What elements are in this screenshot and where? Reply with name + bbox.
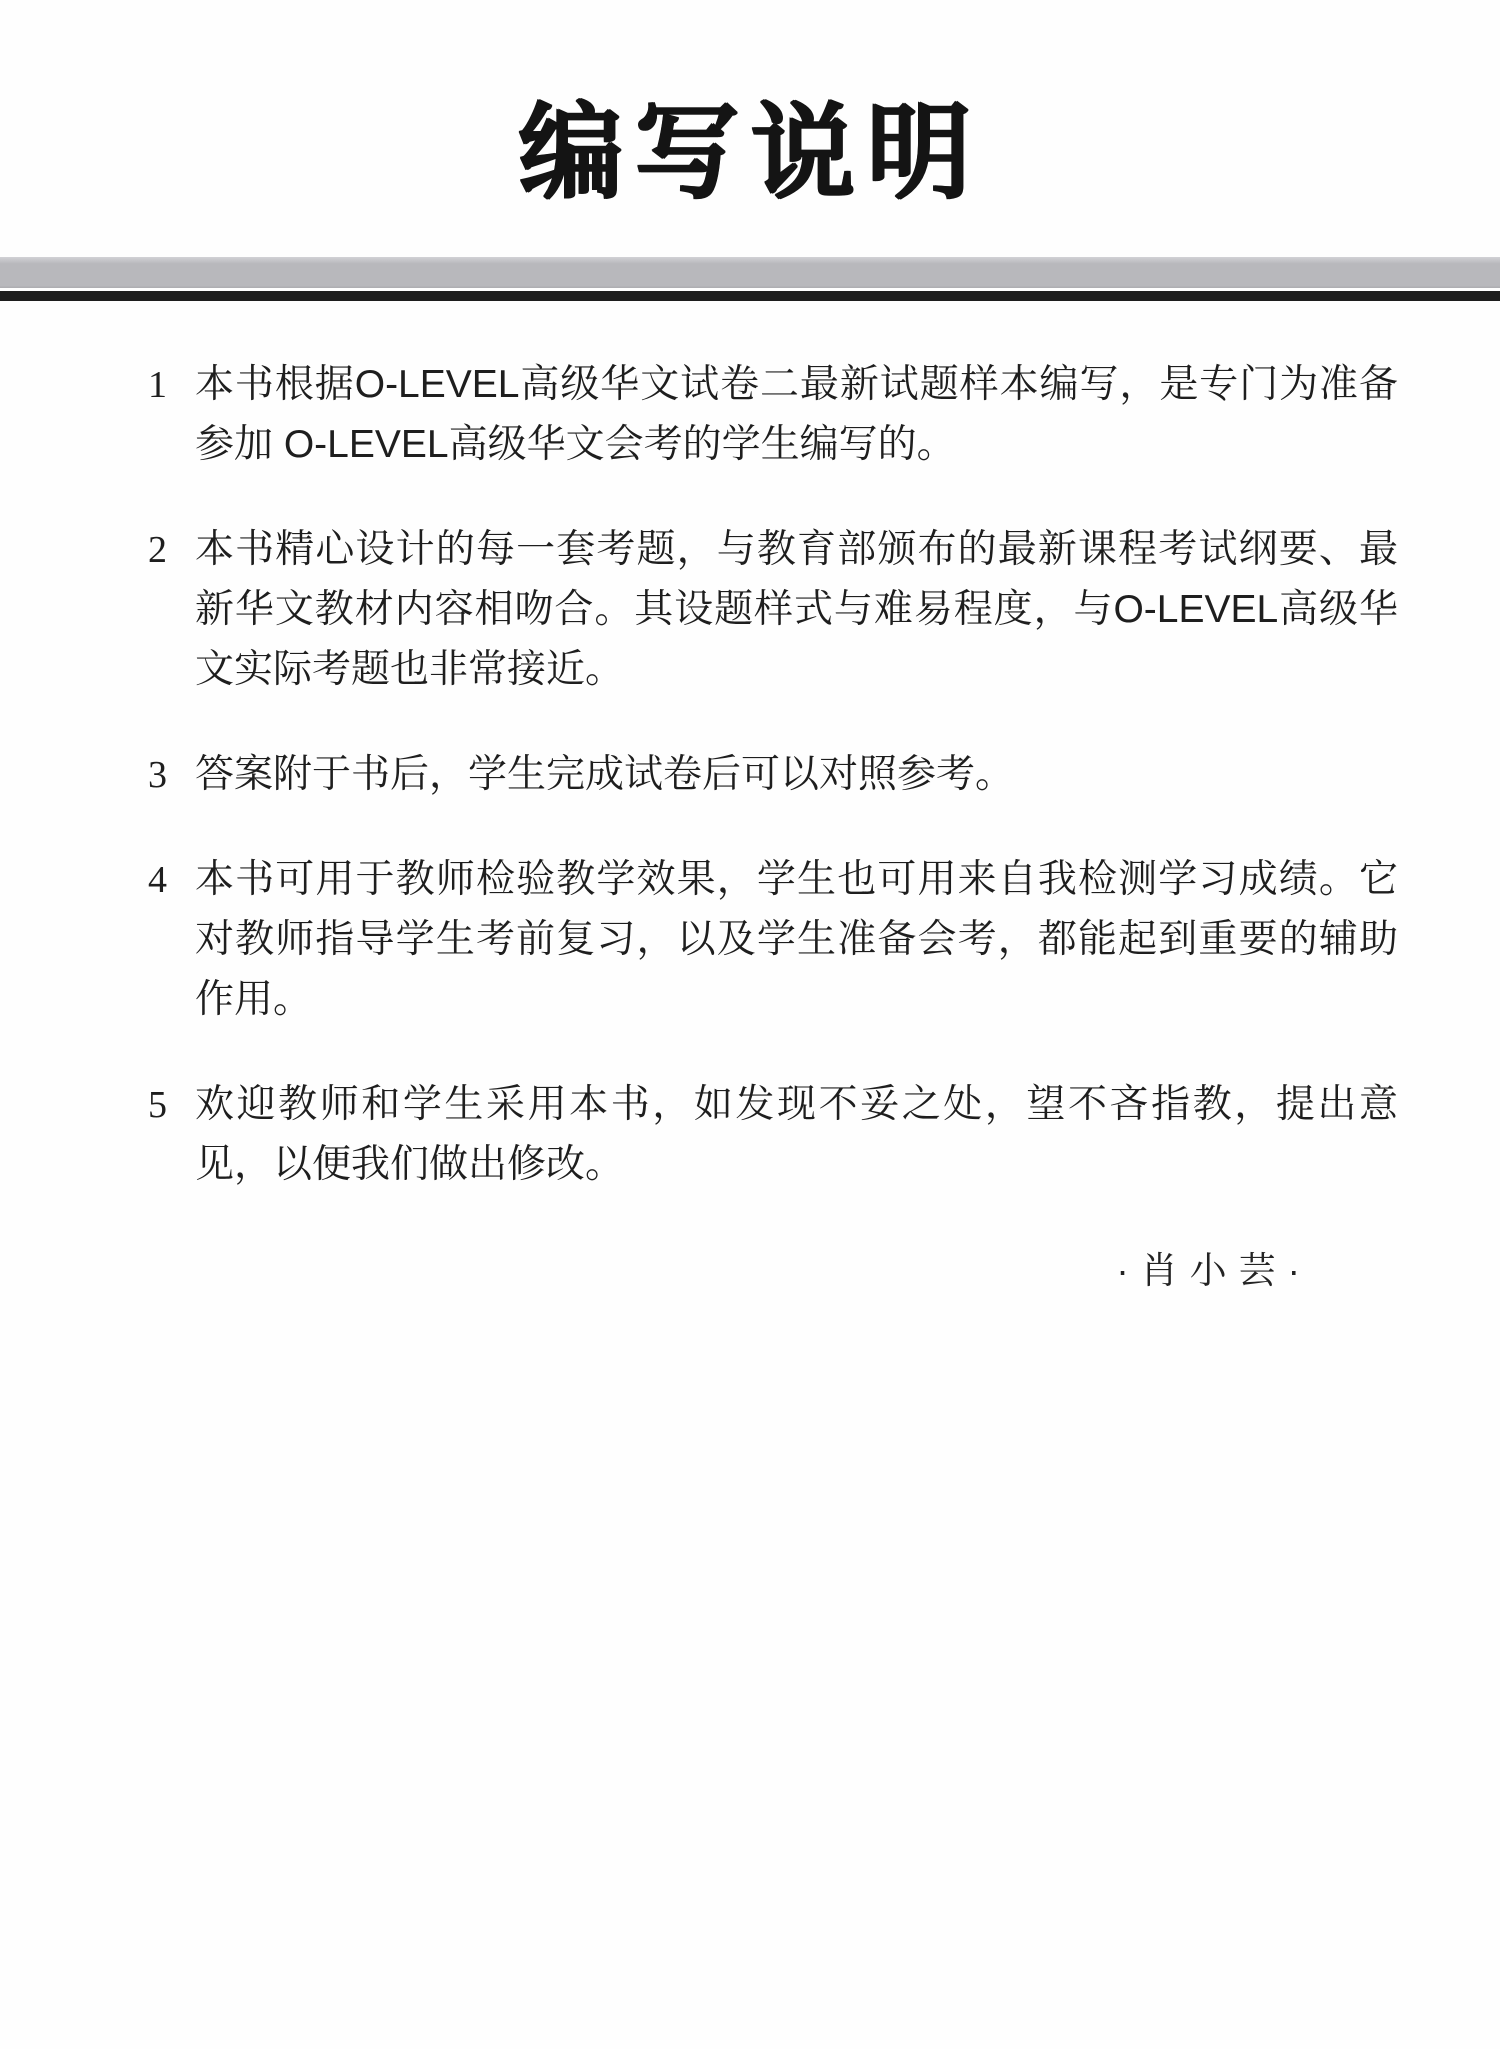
item-number: 1 [148, 355, 195, 475]
list-item: 3 答案附于书后，学生完成试卷后可以对照参考。 [148, 745, 1398, 805]
author-signature: ·肖小芸· [148, 1249, 1398, 1293]
item-number: 2 [148, 520, 195, 700]
list-item: 4 本书可用于教师检验教学效果，学生也可用来自我检测学习成绩。它对教师指导学生考… [148, 850, 1398, 1030]
item-number: 3 [148, 745, 195, 805]
list-item: 5 欢迎教师和学生采用本书，如发现不妥之处，望不吝指教，提出意见，以便我们做出修… [148, 1075, 1398, 1195]
item-text: 本书精心设计的每一套考题，与教育部颁布的最新课程考试纲要、最新华文教材内容相吻合… [195, 520, 1398, 700]
item-text: 本书可用于教师检验教学效果，学生也可用来自我检测学习成绩。它对教师指导学生考前复… [195, 850, 1398, 1030]
item-text: 本书根据O-LEVEL高级华文试卷二最新试题样本编写，是专门为准备参加 O-LE… [195, 355, 1398, 475]
book-page: 编写说明 1 本书根据O-LEVEL高级华文试卷二最新试题样本编写，是专门为准备… [0, 0, 1500, 2049]
list-item: 1 本书根据O-LEVEL高级华文试卷二最新试题样本编写，是专门为准备参加 O-… [148, 355, 1398, 475]
item-text: 欢迎教师和学生采用本书，如发现不妥之处，望不吝指教，提出意见，以便我们做出修改。 [195, 1075, 1398, 1195]
notes-list: 1 本书根据O-LEVEL高级华文试卷二最新试题样本编写，是专门为准备参加 O-… [0, 301, 1500, 1293]
header-black-rule [0, 291, 1500, 301]
header-gray-bar [0, 257, 1500, 288]
item-number: 5 [148, 1075, 195, 1195]
item-number: 4 [148, 850, 195, 1030]
page-title: 编写说明 [0, 0, 1500, 208]
item-text: 答案附于书后，学生完成试卷后可以对照参考。 [195, 745, 1398, 805]
list-item: 2 本书精心设计的每一套考题，与教育部颁布的最新课程考试纲要、最新华文教材内容相… [148, 520, 1398, 700]
